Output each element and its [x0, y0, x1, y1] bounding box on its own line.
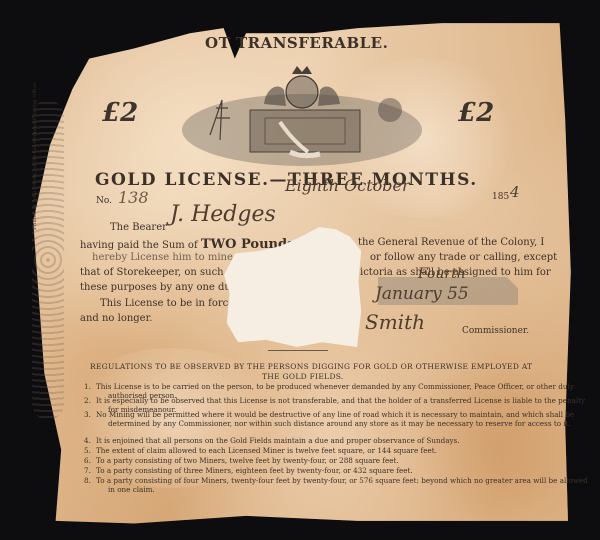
denomination-right: £2: [458, 98, 494, 128]
line2-right: or follow any trade or calling, except: [370, 252, 557, 263]
regulation-number: 2.: [84, 396, 91, 405]
bearer-label: The Bearer: [110, 222, 167, 233]
expiry-month: January 55: [375, 284, 469, 304]
printer-credit: Printed by John Ferres, at the Governmen…: [32, 81, 38, 230]
regulation-number: 5.: [84, 446, 91, 455]
handwritten-date: Eighth October: [285, 176, 410, 195]
year-handwritten: 4: [510, 183, 520, 201]
regulation-text: This License is to be carried on the per…: [96, 382, 574, 391]
royal-crest-icon: [180, 60, 425, 168]
regulation-number: 1.: [84, 382, 91, 391]
expiry-day: Fourth: [418, 266, 466, 282]
regulation-text: To a party consisting of two Miners, twe…: [96, 456, 399, 465]
title-gold: GOLD: [95, 170, 157, 190]
regulation-number: 6.: [84, 456, 91, 465]
regulation-text: The extent of claim allowed to each Lice…: [96, 446, 437, 455]
license-number: 138: [118, 188, 149, 207]
regulation-text: To a party consisting of three Miners, e…: [96, 466, 413, 475]
regulation-text-cont: in one claim.: [108, 485, 155, 494]
not-transferable-header: OT TRANSFERABLE.: [205, 34, 388, 52]
regulation-number: 4.: [84, 436, 91, 445]
title-license: LICENSE.: [164, 170, 269, 190]
regulation-number: 7.: [84, 466, 91, 475]
regulation-text: No Mining will be permitted where it wou…: [96, 410, 574, 419]
commissioner-label: Commissioner.: [462, 326, 529, 336]
number-label: No.: [96, 196, 112, 206]
divider: [268, 350, 328, 351]
regulation-number: 8.: [84, 476, 91, 485]
commissioner-signature: Smith: [365, 310, 425, 334]
year-printed: 185: [492, 192, 509, 202]
regulation-text: To a party consisting of four Miners, tw…: [96, 476, 588, 485]
bearer-name: J. Hedges: [170, 202, 276, 227]
regulation-text: It is especially to be observed that thi…: [96, 396, 585, 405]
denomination-left: £2: [102, 98, 138, 128]
regulation-text-cont: determined by any Commissioner, nor with…: [108, 419, 571, 428]
line6-left: and no longer.: [80, 313, 152, 324]
regulations-heading-2: THE GOLD FIELDS.: [262, 372, 344, 381]
regulations-heading-1: REGULATIONS TO BE OBSERVED BY THE PERSON…: [90, 362, 532, 371]
paid-line-suffix: the General Revenue of the Colony, I: [358, 237, 544, 248]
regulation-text: It is enjoined that all persons on the G…: [96, 436, 460, 445]
regulation-number: 3.: [84, 410, 91, 419]
